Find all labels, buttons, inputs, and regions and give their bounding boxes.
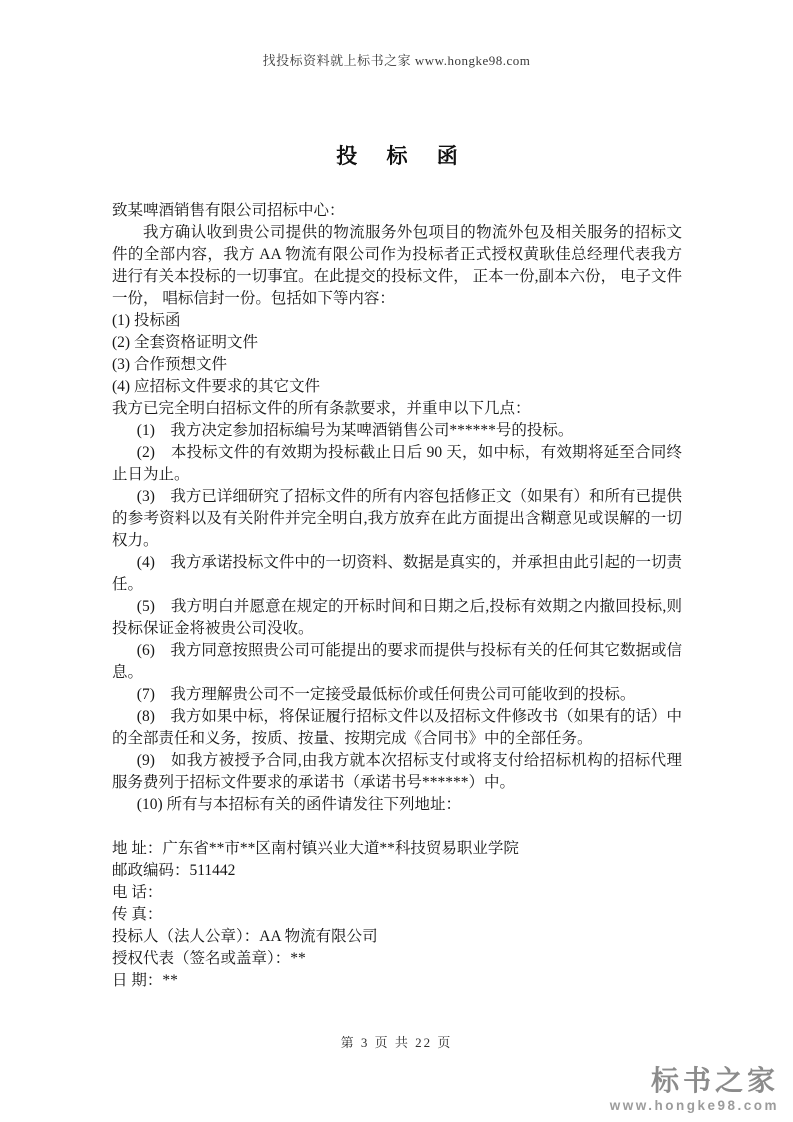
paragraph: 我方确认收到贵公司提供的物流服务外包项目的物流外包及相关服务的招标文件的全部内容… bbox=[112, 222, 682, 310]
paragraph: (7) 我方理解贵公司不一定接受最低标价或任何贵公司可能收到的投标。 bbox=[112, 684, 682, 706]
paragraph: 我方已完全明白招标文件的所有条款要求，并重申以下几点： bbox=[112, 398, 682, 420]
paragraph: (8) 我方如果中标，将保证履行招标文件以及招标文件修改书（如果有的话）中的全部… bbox=[112, 706, 682, 750]
paragraph: 授权代表（签名或盖章）：** bbox=[112, 948, 682, 970]
paragraph: (6) 我方同意按照贵公司可能提出的要求而提供与投标有关的任何其它数据或信息。 bbox=[112, 640, 682, 684]
paragraph: 邮政编码：511442 bbox=[112, 860, 682, 882]
document-body: 投 标 函 致某啤酒销售有限公司招标中心：我方确认收到贵公司提供的物流服务外包项… bbox=[112, 140, 682, 992]
paragraph: (3) 合作预想文件 bbox=[112, 354, 682, 376]
paragraph: 致某啤酒销售有限公司招标中心： bbox=[112, 200, 682, 222]
paragraph: (9) 如我方被授予合同,由我方就本次招标支付或将支付给招标机构的招标代理服务费… bbox=[112, 750, 682, 794]
watermark-site-url: www.hongke98.com bbox=[610, 1099, 779, 1114]
paragraph: (3) 我方已详细研究了招标文件的所有内容包括修正文（如果有）和所有已提供的参考… bbox=[112, 486, 682, 552]
watermark-site-name: 标书之家 bbox=[610, 1066, 779, 1097]
site-watermark: 标书之家 www.hongke98.com bbox=[610, 1066, 779, 1114]
page-number: 第 3 页 共 22 页 bbox=[0, 1032, 793, 1051]
paragraph: 电 话： bbox=[112, 882, 682, 904]
paragraph: (2) 本投标文件的有效期为投标截止日后 90 天，如中标，有效期将延至合同终止… bbox=[112, 442, 682, 486]
header-site-slogan: 找投标资料就上标书之家 www.hongke98.com bbox=[0, 50, 793, 69]
paragraph: (10) 所有与本招标有关的函件请发往下列地址： bbox=[112, 794, 682, 816]
paragraph: (5) 我方明白并愿意在规定的开标时间和日期之后,投标有效期之内撤回投标,则投标… bbox=[112, 596, 682, 640]
paragraph: 日 期：** bbox=[112, 970, 682, 992]
paragraph-container: 致某啤酒销售有限公司招标中心：我方确认收到贵公司提供的物流服务外包项目的物流外包… bbox=[112, 200, 682, 992]
paragraph: (4) 应招标文件要求的其它文件 bbox=[112, 376, 682, 398]
paragraph: (4) 我方承诺投标文件中的一切资料、数据是真实的，并承担由此引起的一切责任。 bbox=[112, 552, 682, 596]
paragraph: 传 真： bbox=[112, 904, 682, 926]
paragraph: 地 址：广东省**市**区南村镇兴业大道**科技贸易职业学院 bbox=[112, 838, 682, 860]
page-title: 投 标 函 bbox=[112, 140, 682, 170]
paragraph: (2) 全套资格证明文件 bbox=[112, 332, 682, 354]
paragraph: (1) 我方决定参加招标编号为某啤酒销售公司******号的投标。 bbox=[112, 420, 682, 442]
paragraph: 投标人（法人公章）：AA 物流有限公司 bbox=[112, 926, 682, 948]
paragraph: (1) 投标函 bbox=[112, 310, 682, 332]
